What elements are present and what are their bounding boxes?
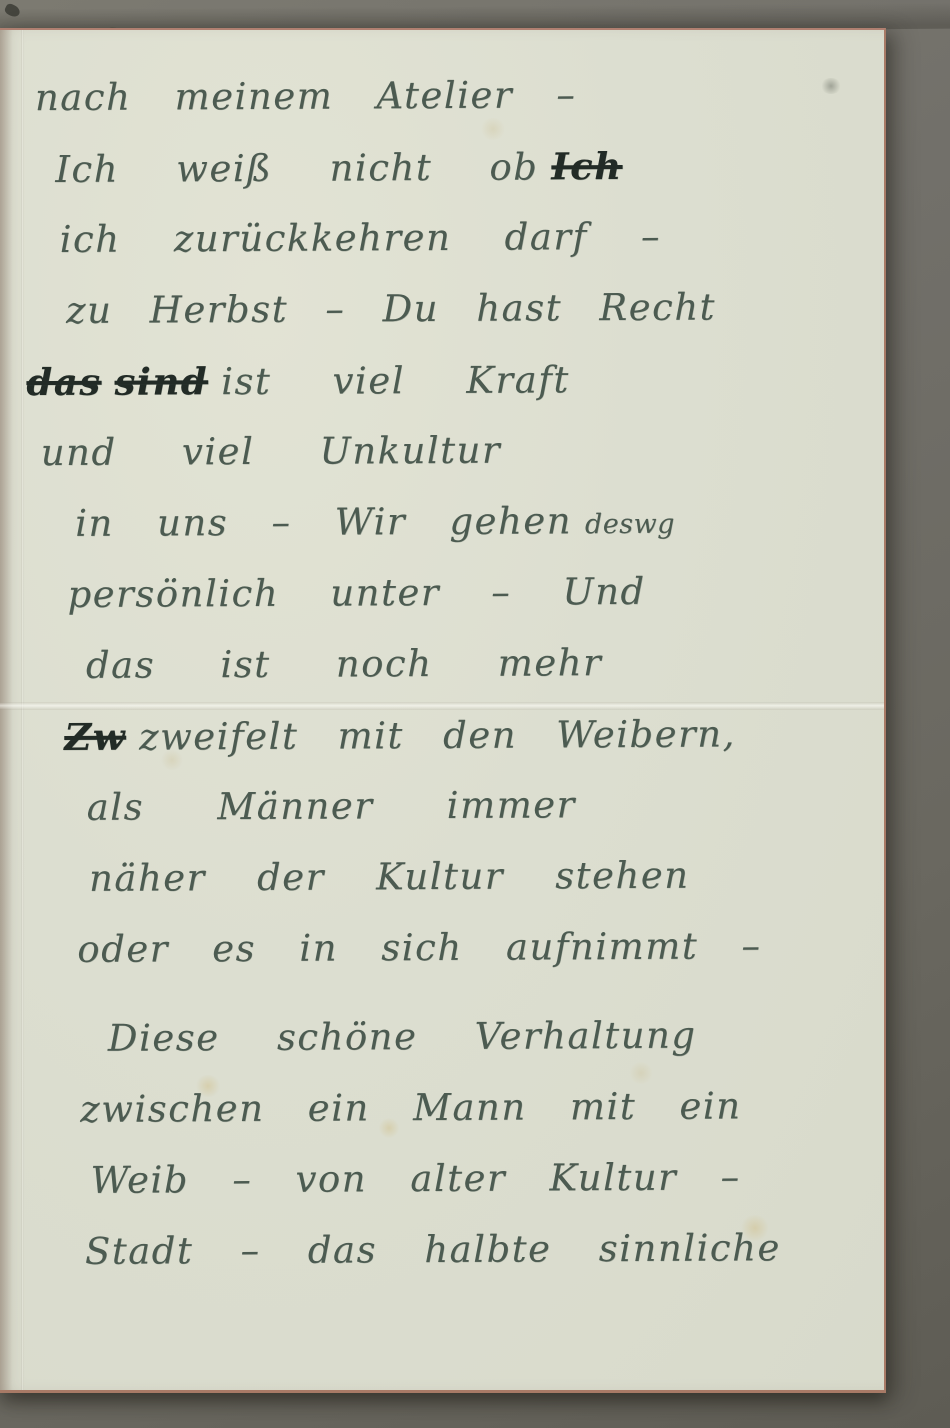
handwritten-line: Zwzweifelt mit den Weibern, [64, 711, 870, 786]
letter-page: nach meinem Atelier –Ich weiß nicht obIc… [0, 28, 886, 1393]
handwritten-line: Ich weiß nicht obIch [55, 143, 867, 218]
handwritten-word: das ist noch mehr [86, 641, 603, 687]
handwritten-line: persönlich unter – Und [67, 569, 869, 644]
handwritten-line: ich zurückkehren darf – [60, 214, 868, 289]
handwritten-line: näher der Kultur stehen [89, 853, 871, 928]
handwritten-line: in uns – Wir gehendeswg [75, 498, 869, 573]
handwritten-word: zweifelt mit den Weibern, [139, 712, 736, 758]
handwritten-word: nach meinem Atelier – [35, 73, 577, 119]
handwritten-word: oder es in sich aufnimmt – [77, 924, 761, 971]
handwritten-line: und viel Unkultur [41, 427, 869, 502]
struck-word: das [26, 360, 101, 404]
handwritten-word: als Männer immer [87, 783, 576, 829]
handwritten-line: als Männer immer [87, 782, 871, 857]
handwritten-line: zu Herbst – Du hast Recht [66, 285, 868, 360]
handwritten-line: zwischen ein Mann mit ein [80, 1084, 872, 1159]
handwritten-line: das ist noch mehr [86, 640, 870, 715]
handwritten-line: Stadt – das halbte sinnliche [85, 1226, 873, 1301]
handwritten-line: Weib – von alter Kultur – [90, 1155, 872, 1230]
handwritten-word: zwischen ein Mann mit ein [80, 1084, 742, 1130]
struck-word: Zw [64, 715, 126, 759]
handwritten-word: ist viel Kraft [221, 358, 570, 403]
handwritten-word: und viel Unkultur [41, 429, 502, 474]
handwritten-text: nach meinem Atelier –Ich weiß nicht obIc… [7, 72, 873, 1301]
handwritten-word: deswg [585, 509, 675, 540]
handwritten-line: oder es in sich aufnimmt – [77, 924, 871, 999]
handwritten-line: dassindist viel Kraft [26, 356, 868, 431]
handwritten-word: Diese schöne Verhaltung [108, 1014, 697, 1060]
handwritten-word: Stadt – das halbte sinnliche [85, 1226, 781, 1273]
handwritten-word: zu Herbst – Du hast Recht [66, 286, 716, 332]
handwritten-word: ich zurückkehren darf – [60, 215, 662, 261]
handwritten-line: nach meinem Atelier – [35, 72, 867, 147]
handwritten-word: Ich weiß nicht ob [55, 145, 538, 191]
struck-word: Ich [551, 144, 622, 188]
handwritten-word: persönlich unter – Und [67, 570, 645, 616]
handwritten-line: Diese schöne Verhaltung [108, 1013, 872, 1088]
struck-word: sind [114, 359, 208, 403]
scanned-letter-screenshot: { "page": { "kind": "handwritten letter … [0, 0, 950, 1428]
handwritten-word: näher der Kultur stehen [89, 854, 690, 900]
handwritten-word: in uns – Wir gehen [75, 499, 572, 545]
handwritten-word: Weib – von alter Kultur – [90, 1155, 740, 1201]
